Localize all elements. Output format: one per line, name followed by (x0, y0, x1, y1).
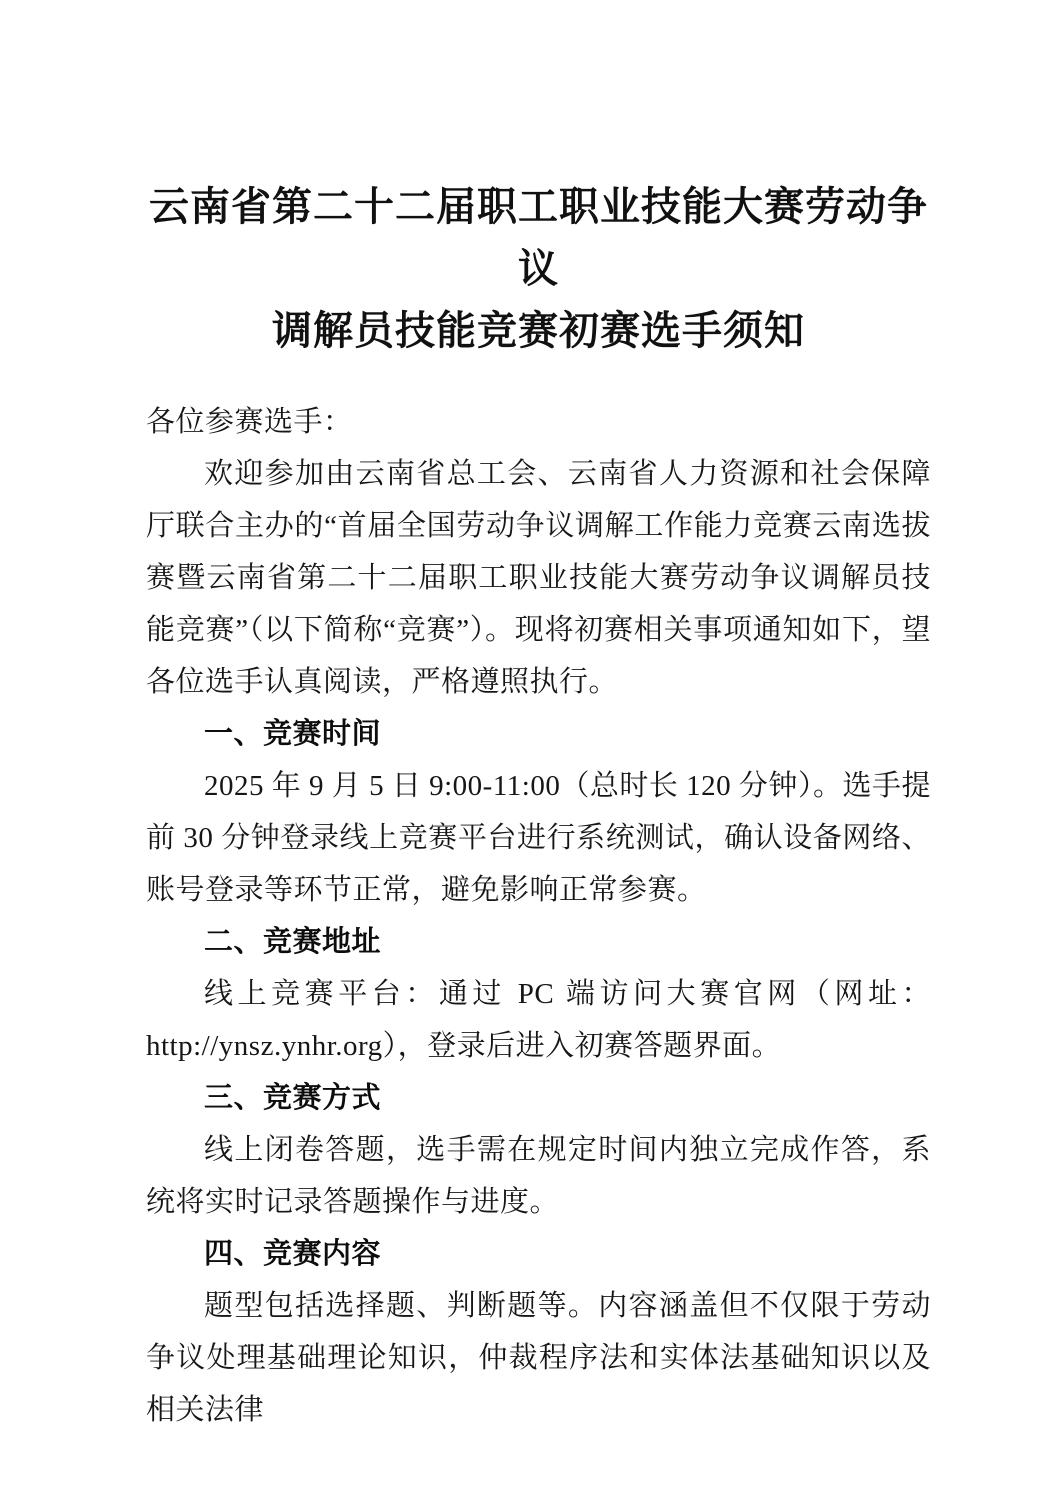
page-title: 云南省第二十二届职工职业技能大赛劳动争议 调解员技能竞赛初赛选手须知 (146, 176, 931, 362)
section-heading-competition-content: 四、竞赛内容 (146, 1228, 931, 1280)
page-title-line-2: 调解员技能竞赛初赛选手须知 (146, 300, 931, 362)
intro-paragraph: 欢迎参加由云南省总工会、云南省人力资源和社会保障厅联合主办的“首届全国劳动争议调… (146, 448, 931, 708)
paragraph-competition-address: 线上竞赛平台：通过 PC 端访问大赛官网（网址：http://ynsz.ynhr… (146, 968, 931, 1072)
salutation: 各位参赛选手： (146, 396, 931, 448)
section-heading-competition-address: 二、竞赛地址 (146, 916, 931, 968)
section-heading-competition-time: 一、竞赛时间 (146, 708, 931, 760)
paragraph-competition-time: 2025 年 9 月 5 日 9:00-11:00（总时长 120 分钟）。选手… (146, 760, 931, 916)
section-heading-competition-method: 三、竞赛方式 (146, 1072, 931, 1124)
paragraph-competition-content: 题型包括选择题、判断题等。内容涵盖但不仅限于劳动争议处理基础理论知识，仲裁程序法… (146, 1280, 931, 1436)
paragraph-competition-method: 线上闭卷答题，选手需在规定时间内独立完成作答，系统将实时记录答题操作与进度。 (146, 1124, 931, 1228)
document-page: 云南省第二十二届职工职业技能大赛劳动争议 调解员技能竞赛初赛选手须知 各位参赛选… (0, 0, 1061, 1500)
page-title-line-1: 云南省第二十二届职工职业技能大赛劳动争议 (146, 176, 931, 300)
